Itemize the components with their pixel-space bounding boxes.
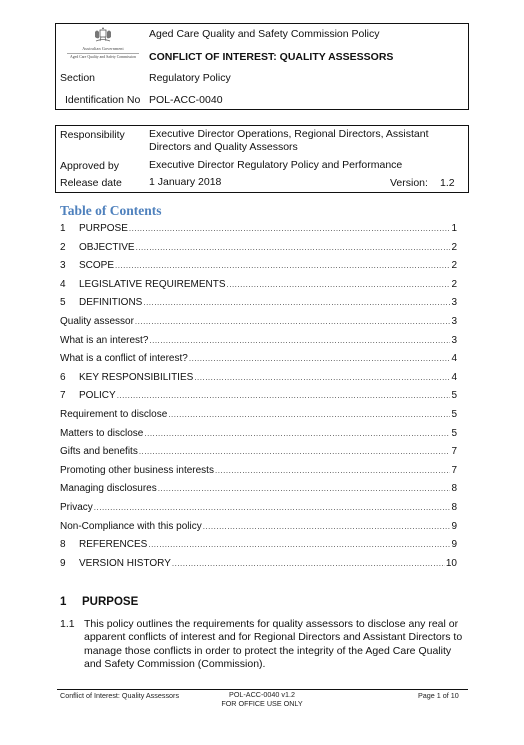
toc-entry-page[interactable]: 7 (451, 446, 457, 457)
toc-entry-page[interactable]: 8 (451, 502, 457, 513)
footer-office-use: FOR OFFICE USE ONLY (211, 700, 313, 709)
document-metadata-table: Responsibility Executive Director Operat… (55, 125, 469, 193)
logo-organisation-text: Aged Care Quality and Safety Commission (60, 55, 146, 59)
toc-dot-leader (117, 390, 451, 401)
toc-dot-leader (158, 483, 451, 494)
toc-dot-leader (135, 316, 451, 327)
toc-entry[interactable]: Requirement to disclose5 (60, 409, 457, 428)
toc-entry[interactable]: Quality assessor3 (60, 316, 457, 335)
approved-by-label: Approved by (60, 160, 119, 172)
toc-dot-leader (94, 502, 451, 513)
toc-dot-leader (143, 297, 450, 308)
toc-entry-label[interactable]: Managing disclosures (60, 483, 157, 494)
logo-divider (67, 53, 139, 54)
responsibility-label: Responsibility (60, 129, 125, 141)
toc-entry[interactable]: 6KEY RESPONSIBILITIES4 (60, 372, 457, 391)
footer-page-number: Page 1 of 10 (418, 691, 459, 700)
toc-entry-page[interactable]: 9 (451, 539, 457, 550)
toc-entry-number: 8 (60, 539, 79, 550)
toc-entry-label[interactable]: PURPOSE (79, 223, 128, 234)
toc-entry-label[interactable]: What is an interest? (60, 335, 148, 346)
toc-entry-page[interactable]: 2 (451, 260, 457, 271)
toc-entry-label[interactable]: Quality assessor (60, 316, 134, 327)
toc-dot-leader (148, 539, 450, 550)
toc-entry[interactable]: What is a conflict of interest?4 (60, 353, 457, 372)
toc-entry-number: 9 (60, 558, 79, 569)
footer-document-name: Conflict of Interest: Quality Assessors (60, 691, 179, 700)
toc-entry-number: 6 (60, 372, 79, 383)
toc-entry[interactable]: 1PURPOSE1 (60, 223, 457, 242)
section-value: Regulatory Policy (149, 72, 231, 84)
table-of-contents: 1PURPOSE12OBJECTIVE23SCOPE24LEGISLATIVE … (60, 223, 457, 576)
toc-entry-label[interactable]: VERSION HISTORY (79, 558, 171, 569)
paragraph-1-1-text: This policy outlines the requirements fo… (84, 618, 469, 672)
toc-heading: Table of Contents (60, 203, 162, 219)
government-logo: Australian Government Aged Care Quality … (60, 26, 146, 70)
toc-entry[interactable]: 9VERSION HISTORY10 (60, 558, 457, 577)
document-title: CONFLICT OF INTEREST: QUALITY ASSESSORS (149, 51, 393, 63)
toc-entry-page[interactable]: 2 (451, 242, 457, 253)
toc-entry-label[interactable]: Non-Compliance with this policy (60, 521, 202, 532)
toc-entry-page[interactable]: 5 (451, 390, 457, 401)
toc-dot-leader (215, 465, 450, 476)
toc-entry-label[interactable]: What is a conflict of interest? (60, 353, 188, 364)
toc-entry-number: 7 (60, 390, 79, 401)
toc-entry-page[interactable]: 7 (451, 465, 457, 476)
section-1-heading: 1PURPOSE (60, 596, 138, 608)
toc-entry-page[interactable]: 3 (451, 335, 457, 346)
section-1-title: PURPOSE (82, 596, 138, 608)
toc-entry[interactable]: 4LEGISLATIVE REQUIREMENTS2 (60, 279, 457, 298)
toc-entry-number: 5 (60, 297, 79, 308)
toc-entry[interactable]: Non-Compliance with this policy9 (60, 521, 457, 540)
toc-entry-label[interactable]: Promoting other business interests (60, 465, 214, 476)
toc-dot-leader (136, 242, 451, 253)
toc-entry-page[interactable]: 5 (451, 409, 457, 420)
toc-entry[interactable]: Managing disclosures8 (60, 483, 457, 502)
section-label: Section (60, 72, 95, 84)
toc-entry-page[interactable]: 8 (451, 483, 457, 494)
toc-dot-leader (189, 353, 451, 364)
toc-entry-page[interactable]: 5 (451, 428, 457, 439)
toc-entry-label[interactable]: Privacy (60, 502, 93, 513)
logo-government-text: Australian Government (60, 46, 146, 51)
toc-entry-page[interactable]: 10 (446, 558, 457, 569)
toc-entry-label[interactable]: DEFINITIONS (79, 297, 142, 308)
toc-entry[interactable]: 7POLICY5 (60, 390, 457, 409)
toc-entry-number: 4 (60, 279, 79, 290)
toc-entry-page[interactable]: 2 (451, 279, 457, 290)
toc-entry-label[interactable]: SCOPE (79, 260, 114, 271)
toc-dot-leader (227, 279, 451, 290)
toc-entry-page[interactable]: 9 (451, 521, 457, 532)
policy-organisation: Aged Care Quality and Safety Commission … (149, 28, 380, 40)
toc-entry-label[interactable]: LEGISLATIVE REQUIREMENTS (79, 279, 226, 290)
toc-dot-leader (149, 335, 450, 346)
toc-entry-page[interactable]: 3 (451, 316, 457, 327)
document-header-table: Australian Government Aged Care Quality … (55, 23, 469, 110)
toc-entry[interactable]: 5DEFINITIONS3 (60, 297, 457, 316)
release-date-label: Release date (60, 177, 122, 189)
toc-dot-leader (115, 260, 450, 271)
toc-entry-page[interactable]: 1 (451, 223, 457, 234)
version-label: Version: (390, 177, 428, 189)
identification-value: POL-ACC-0040 (149, 94, 223, 106)
toc-entry[interactable]: Privacy8 (60, 502, 457, 521)
toc-entry[interactable]: Gifts and benefits7 (60, 446, 457, 465)
toc-dot-leader (168, 409, 450, 420)
toc-entry[interactable]: Matters to disclose5 (60, 428, 457, 447)
toc-entry[interactable]: 2OBJECTIVE2 (60, 242, 457, 261)
toc-entry-number: 3 (60, 260, 79, 271)
toc-dot-leader (172, 558, 445, 569)
toc-entry-label[interactable]: KEY RESPONSIBILITIES (79, 372, 193, 383)
toc-dot-leader (194, 372, 450, 383)
toc-entry-label[interactable]: OBJECTIVE (79, 242, 135, 253)
identification-label: Identification No (65, 94, 140, 106)
toc-entry[interactable]: 8REFERENCES9 (60, 539, 457, 558)
toc-entry-label[interactable]: Gifts and benefits (60, 446, 138, 457)
toc-entry-page[interactable]: 4 (451, 353, 457, 364)
toc-entry[interactable]: What is an interest?3 (60, 335, 457, 354)
toc-entry-label[interactable]: Matters to disclose (60, 428, 143, 439)
toc-entry[interactable]: Promoting other business interests7 (60, 465, 457, 484)
toc-dot-leader (203, 521, 451, 532)
toc-entry-number: 1 (60, 223, 79, 234)
section-1-number: 1 (60, 596, 82, 608)
coat-of-arms-icon (92, 26, 114, 44)
toc-entry-page[interactable]: 4 (451, 372, 457, 383)
toc-dot-leader (139, 446, 451, 457)
toc-dot-leader (144, 428, 450, 439)
paragraph-1-1-number: 1.1 (60, 618, 75, 630)
version-value: 1.2 (440, 177, 455, 189)
footer-classification: POL-ACC-0040 v1.2 FOR OFFICE USE ONLY (211, 691, 313, 708)
toc-entry-page[interactable]: 3 (451, 297, 457, 308)
toc-entry-label[interactable]: POLICY (79, 390, 116, 401)
toc-dot-leader (129, 223, 451, 234)
toc-entry-number: 2 (60, 242, 79, 253)
approved-by-value: Executive Director Regulatory Policy and… (149, 159, 459, 172)
responsibility-value: Executive Director Operations, Regional … (149, 128, 459, 154)
toc-entry-label[interactable]: REFERENCES (79, 539, 147, 550)
toc-entry-label[interactable]: Requirement to disclose (60, 409, 167, 420)
toc-entry[interactable]: 3SCOPE2 (60, 260, 457, 279)
